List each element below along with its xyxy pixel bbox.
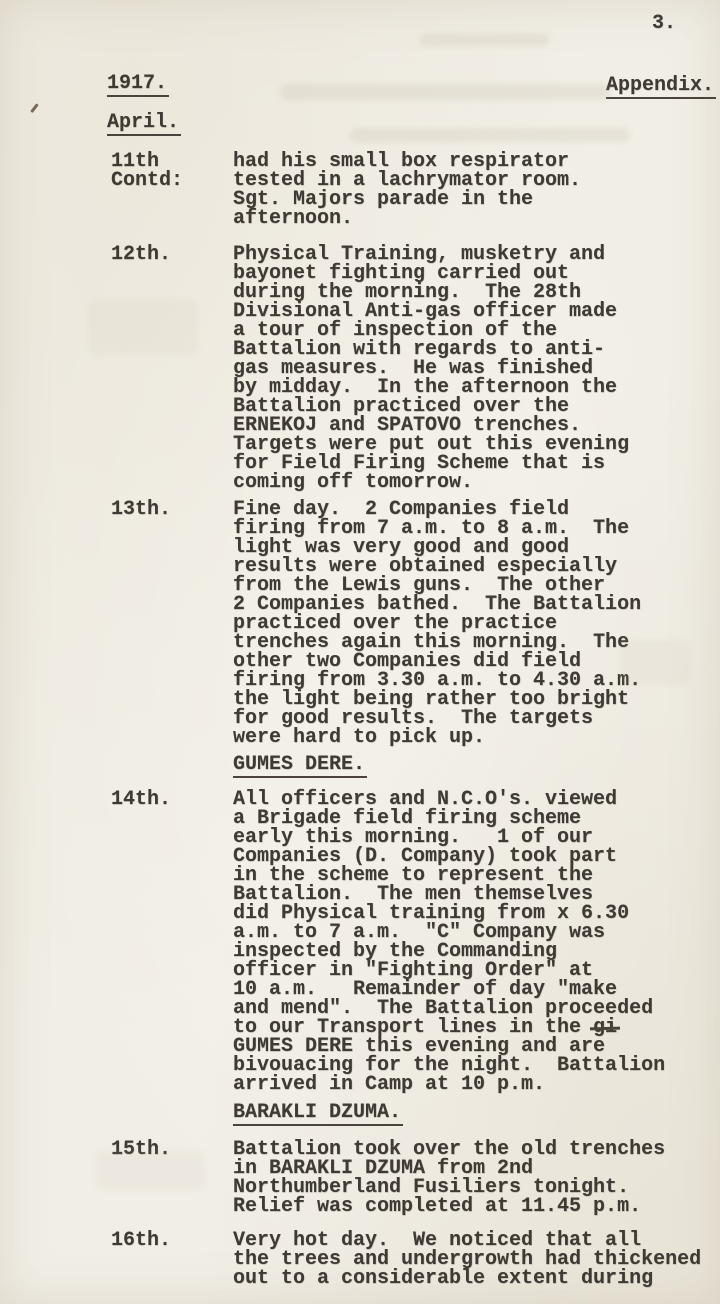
entry-date: 13th. (111, 500, 171, 519)
diary-page: 3. 1917. Appendix. April. 11th Contd: ha… (0, 0, 720, 1304)
bleed-through-mark (88, 300, 198, 355)
entry-line: Relief was completed at 11.45 p.m. (233, 1197, 665, 1216)
year-heading: 1917. (107, 74, 169, 97)
appendix-heading-text: Appendix. (606, 76, 716, 99)
entry-line: coming off tomorrow. (233, 473, 629, 492)
section-heading: BARAKLI DZUMA. (233, 1103, 403, 1126)
entry-text: Fine day. 2 Companies fieldfiring from 7… (233, 500, 641, 747)
month-heading: April. (107, 113, 181, 136)
bleed-through-mark (420, 34, 550, 46)
entry-text: Physical Training, musketry andbayonet f… (233, 245, 629, 492)
entry-text: All officers and N.C.O's. vieweda Brigad… (233, 790, 665, 1094)
year-heading-text: 1917. (107, 74, 169, 97)
entry-text: had his small box respiratortested in a … (233, 152, 581, 228)
month-heading-text: April. (107, 113, 181, 136)
bleed-through-mark (95, 1150, 205, 1190)
bleed-through-mark (620, 640, 690, 685)
bleed-through-mark (280, 84, 610, 100)
entry-line: out to a considerable extent during (233, 1269, 701, 1288)
appendix-heading: Appendix. (606, 76, 716, 99)
bleed-through-mark (350, 128, 630, 142)
section-heading: GUMES DERE. (233, 755, 367, 778)
entry-text: Battalion took over the old trenchesin B… (233, 1140, 665, 1216)
section-heading-text: BARAKLI DZUMA. (233, 1103, 403, 1126)
entry-line: were hard to pick up. (233, 728, 641, 747)
entry-line: arrived in Camp at 10 p.m. (233, 1075, 665, 1094)
entry-date: 14th. (111, 790, 171, 809)
page-number: 3. (652, 14, 676, 33)
entry-date-continued: Contd: (111, 171, 183, 190)
entry-text: Very hot day. We noticed that allthe tre… (233, 1231, 701, 1288)
entry-date: 12th. (111, 245, 171, 264)
entry-line: afternoon. (233, 209, 581, 228)
section-heading-text: GUMES DERE. (233, 755, 367, 778)
pen-mark (30, 103, 38, 112)
entry-date: 16th. (111, 1231, 171, 1250)
